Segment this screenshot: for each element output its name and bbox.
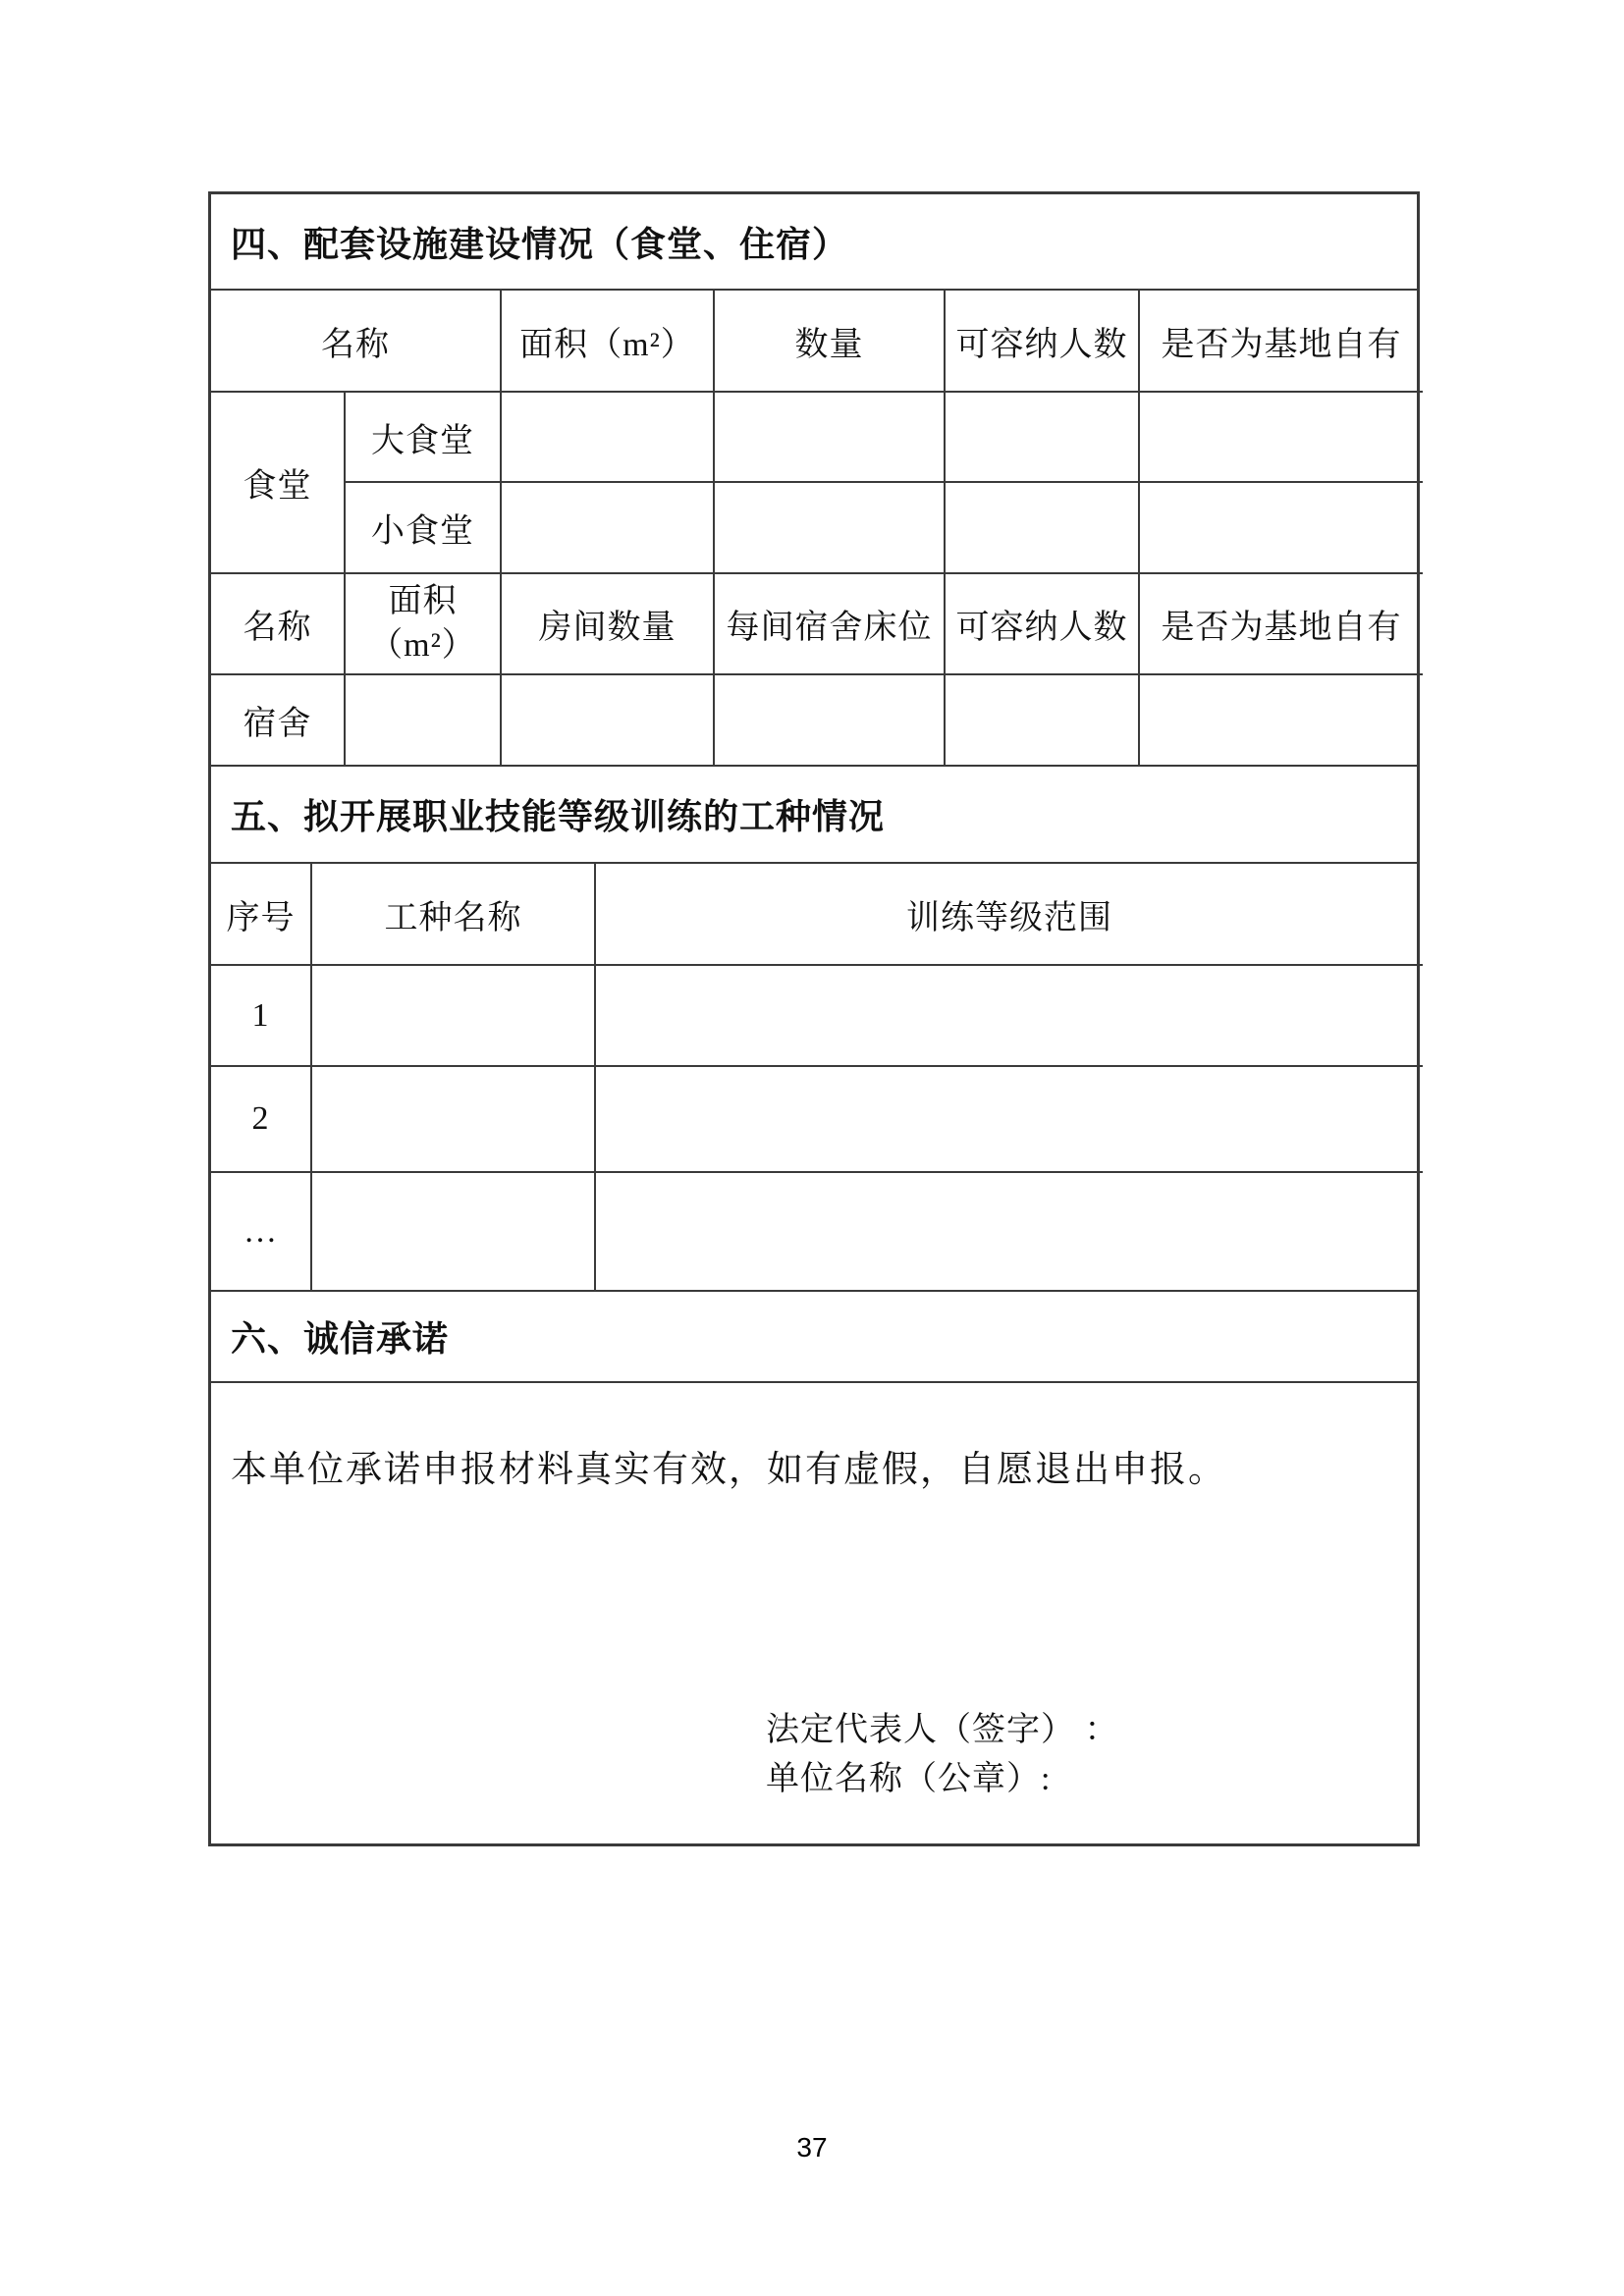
col-header-quantity: 数量 xyxy=(714,291,945,392)
table-row-dormitory: 宿舍 xyxy=(211,674,1423,765)
commitment-area: 本单位承诺申报材料真实有效，如有虚假，自愿退出申报。 法定代表人（签字） ： 单… xyxy=(211,1383,1417,1843)
col-header-capacity: 可容纳人数 xyxy=(945,573,1139,674)
section5-title: 五、拟开展职业技能等级训练的工种情况 xyxy=(211,765,1417,864)
empty-cell xyxy=(501,392,714,482)
facility-header-row: 名称 面积（m²） 数量 可容纳人数 是否为基地自有 xyxy=(211,291,1423,392)
empty-cell xyxy=(945,482,1139,573)
col-header-area: 面积（m²） xyxy=(501,291,714,392)
unit-name-seal-line: 单位名称（公章）: xyxy=(766,1755,1387,1804)
empty-cell xyxy=(1139,482,1423,573)
empty-cell xyxy=(945,392,1139,482)
row-label-dormitory: 宿舍 xyxy=(211,674,345,765)
empty-cell xyxy=(595,1066,1423,1172)
col-header-name: 名称 xyxy=(211,573,345,674)
worktype-table: 序号 工种名称 训练等级范围 1 2 … xyxy=(211,864,1423,1290)
application-form-table: 四、配套设施建设情况（食堂、住宿） 名称 面积（m²） 数量 可容纳人数 是否为… xyxy=(208,191,1420,1846)
row-label-small-canteen: 小食堂 xyxy=(345,482,501,573)
col-header-beds-per-room: 每间宿舍床位 xyxy=(714,573,945,674)
serial-no-cell: 1 xyxy=(211,965,311,1066)
table-row: 1 xyxy=(211,965,1423,1066)
section4-title: 四、配套设施建设情况（食堂、住宿） xyxy=(211,194,1417,291)
empty-cell xyxy=(345,674,501,765)
document-page: 四、配套设施建设情况（食堂、住宿） 名称 面积（m²） 数量 可容纳人数 是否为… xyxy=(0,0,1624,2296)
empty-cell xyxy=(311,1066,595,1172)
empty-cell xyxy=(714,482,945,573)
col-header-training-level-range: 训练等级范围 xyxy=(595,864,1423,965)
legal-representative-signature-line: 法定代表人（签字） ： xyxy=(766,1706,1387,1755)
canteen-group-label: 食堂 xyxy=(211,392,345,573)
col-header-base-owned: 是否为基地自有 xyxy=(1139,291,1423,392)
col-header-capacity: 可容纳人数 xyxy=(945,291,1139,392)
table-row-small-canteen: 小食堂 xyxy=(211,482,1423,573)
empty-cell xyxy=(501,482,714,573)
facility-table: 名称 面积（m²） 数量 可容纳人数 是否为基地自有 食堂 大食堂 小食堂 xyxy=(211,291,1423,765)
col-header-room-count: 房间数量 xyxy=(501,573,714,674)
empty-cell xyxy=(501,674,714,765)
empty-cell xyxy=(1139,674,1423,765)
table-row-large-canteen: 食堂 大食堂 xyxy=(211,392,1423,482)
commitment-statement: 本单位承诺申报材料真实有效，如有虚假，自愿退出申报。 xyxy=(231,1439,1387,1492)
empty-cell xyxy=(311,1172,595,1290)
section6-title: 六、诚信承诺 xyxy=(211,1290,1417,1383)
col-header-serial-no: 序号 xyxy=(211,864,311,965)
col-header-worktype-name: 工种名称 xyxy=(311,864,595,965)
empty-cell xyxy=(714,674,945,765)
page-number: 37 xyxy=(0,2132,1624,2163)
empty-cell xyxy=(595,965,1423,1066)
dorm-header-row: 名称 面积 （m²） 房间数量 每间宿舍床位 可容纳人数 是否为基地自有 xyxy=(211,573,1423,674)
serial-no-cell: … xyxy=(211,1172,311,1290)
empty-cell xyxy=(945,674,1139,765)
table-row: 2 xyxy=(211,1066,1423,1172)
signature-block: 法定代表人（签字） ： 单位名称（公章）: xyxy=(766,1706,1387,1804)
empty-cell xyxy=(1139,392,1423,482)
row-label-large-canteen: 大食堂 xyxy=(345,392,501,482)
serial-no-cell: 2 xyxy=(211,1066,311,1172)
col-header-name: 名称 xyxy=(211,291,501,392)
col-header-base-owned: 是否为基地自有 xyxy=(1139,573,1423,674)
worktype-header-row: 序号 工种名称 训练等级范围 xyxy=(211,864,1423,965)
col-header-area: 面积 （m²） xyxy=(345,573,501,674)
empty-cell xyxy=(311,965,595,1066)
empty-cell xyxy=(595,1172,1423,1290)
table-row: … xyxy=(211,1172,1423,1290)
empty-cell xyxy=(714,392,945,482)
